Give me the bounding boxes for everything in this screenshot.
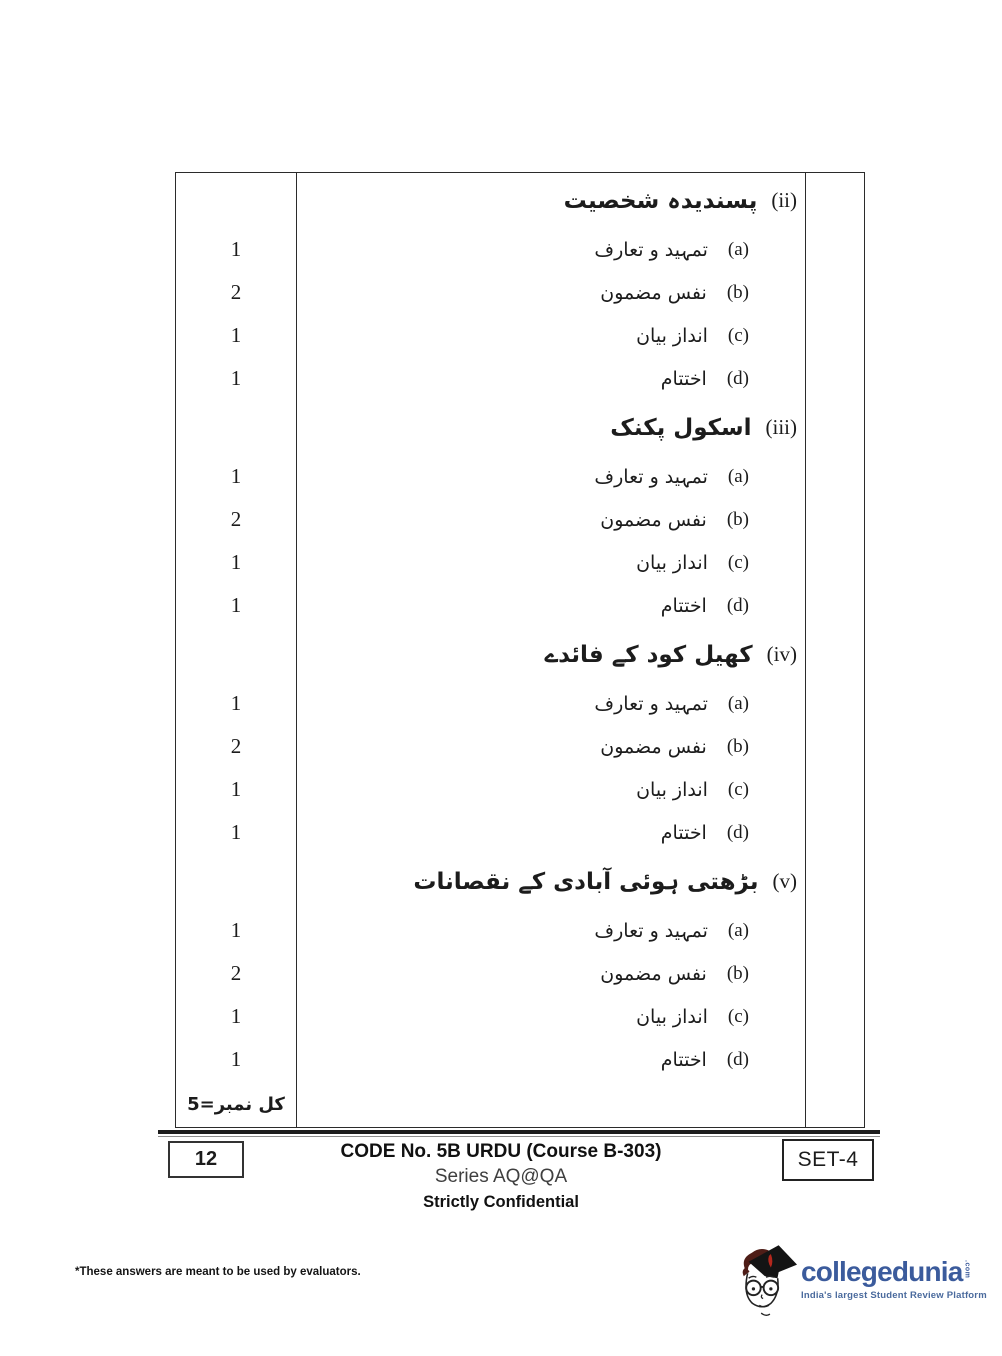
section-numeral: (ii) [771, 188, 797, 213]
content-cell: تمہید و تعارف(a) [297, 682, 805, 725]
content-cell: نفس مضمون(b) [297, 271, 805, 314]
code-line: CODE No. 5B URDU (Course B-303) [0, 1141, 1002, 1163]
marks-value: 1 [231, 550, 242, 575]
marks-cell: 1 [176, 584, 297, 627]
item-text: انداز بیان [636, 552, 708, 574]
item-text: اختتام [661, 822, 707, 844]
marks-cell: 1 [176, 314, 297, 357]
marks-cell: کل نمبر=5 [176, 1081, 297, 1127]
item-text: اختتام [661, 1049, 707, 1071]
section-heading: اسکول پکنک [610, 415, 751, 441]
content-cell: تمہید و تعارف(a) [297, 909, 805, 952]
content-cell: تمہید و تعارف(a) [297, 455, 805, 498]
item-label: (c) [728, 1006, 749, 1028]
content-cell: کھیل کود کے فائدے(iv) [297, 627, 805, 682]
marks-value: 1 [231, 820, 242, 845]
item-label: (c) [728, 552, 749, 574]
marks-cell [176, 627, 297, 682]
evaluator-footnote: *These answers are meant to be used by e… [75, 1266, 361, 1278]
item-label: (b) [727, 509, 749, 531]
content-cell: انداز بیان(c) [297, 995, 805, 1038]
spacer-cell [805, 725, 864, 768]
marks-value: 2 [231, 507, 242, 532]
marks-cell: 1 [176, 995, 297, 1038]
section-numeral: (iv) [767, 642, 797, 667]
item-text: نفس مضمون [600, 282, 707, 304]
marks-value: 2 [231, 280, 242, 305]
marks-cell: 1 [176, 768, 297, 811]
spacer-cell [805, 627, 864, 682]
content-cell: تمہید و تعارف(a) [297, 228, 805, 271]
content-cell: انداز بیان(c) [297, 314, 805, 357]
spacer-cell [805, 357, 864, 400]
marks-value: 1 [231, 777, 242, 802]
item-label: (b) [727, 736, 749, 758]
marks-cell: 1 [176, 682, 297, 725]
spacer-cell [805, 854, 864, 909]
spacer-cell [805, 498, 864, 541]
item-label: (d) [727, 822, 749, 844]
scanned-document-page: { "page": { "page_number": "12", "set_la… [0, 0, 1002, 1356]
item-label: (d) [727, 1049, 749, 1071]
marks-cell: 1 [176, 909, 297, 952]
section-heading: کھیل کود کے فائدے [545, 642, 753, 668]
marks-cell: 1 [176, 228, 297, 271]
marks-cell [176, 400, 297, 455]
content-cell: اسکول پکنک(iii) [297, 400, 805, 455]
item-label: (c) [728, 325, 749, 347]
item-label: (b) [727, 963, 749, 985]
spacer-cell [805, 228, 864, 271]
marks-value: 1 [231, 918, 242, 943]
item-label: (b) [727, 282, 749, 304]
spacer-cell [805, 271, 864, 314]
item-label: (a) [728, 920, 749, 942]
content-cell: پسندیدہ شخصیت(ii) [297, 173, 805, 228]
marking-table: پسندیدہ شخصیت(ii)1تمہید و تعارف(a)2نفس م… [175, 172, 865, 1128]
collegedunia-logo: collegedunia .com India's largest Studen… [736, 1242, 987, 1331]
page-divider-rule [158, 1130, 880, 1137]
marks-cell [176, 854, 297, 909]
marks-value: 1 [231, 464, 242, 489]
spacer-cell [805, 952, 864, 995]
student-mascot-icon [736, 1242, 798, 1331]
marks-cell: 2 [176, 498, 297, 541]
spacer-cell [805, 909, 864, 952]
content-cell: انداز بیان(c) [297, 768, 805, 811]
section-numeral: (v) [773, 869, 798, 894]
spacer-cell [805, 682, 864, 725]
marks-value: 2 [231, 734, 242, 759]
item-label: (a) [728, 693, 749, 715]
marks-cell: 1 [176, 455, 297, 498]
item-label: (a) [728, 239, 749, 261]
logo-text-block: collegedunia .com India's largest Studen… [801, 1258, 987, 1301]
marks-cell: 2 [176, 271, 297, 314]
marks-value: 1 [231, 366, 242, 391]
content-cell: نفس مضمون(b) [297, 498, 805, 541]
spacer-cell [805, 541, 864, 584]
spacer-cell [805, 400, 864, 455]
content-cell: نفس مضمون(b) [297, 725, 805, 768]
marks-value: 1 [231, 1004, 242, 1029]
item-text: تمہید و تعارف [594, 920, 707, 942]
confidential-line: Strictly Confidential [0, 1193, 1002, 1212]
content-cell: اختتام(d) [297, 584, 805, 627]
brand-wordmark: collegedunia [801, 1258, 963, 1286]
item-label: (d) [727, 595, 749, 617]
section-numeral: (iii) [766, 415, 798, 440]
marks-value: 1 [231, 237, 242, 262]
footer: CODE No. 5B URDU (Course B-303) Series A… [0, 1141, 1002, 1212]
spacer-cell [805, 768, 864, 811]
marks-cell: 1 [176, 1038, 297, 1081]
section-heading: بڑھتی ہوئی آبادی کے نقصانات [413, 869, 758, 895]
item-text: انداز بیان [636, 779, 708, 801]
item-text: انداز بیان [636, 1006, 708, 1028]
item-text: نفس مضمون [600, 963, 707, 985]
content-cell: اختتام(d) [297, 357, 805, 400]
total-marks-label: کل نمبر=5 [187, 1094, 285, 1115]
item-text: تمہید و تعارف [594, 693, 707, 715]
marks-value: 1 [231, 1047, 242, 1072]
marks-cell: 2 [176, 952, 297, 995]
section-heading: پسندیدہ شخصیت [564, 188, 758, 214]
item-text: اختتام [661, 368, 707, 390]
item-text: اختتام [661, 595, 707, 617]
item-label: (c) [728, 779, 749, 801]
spacer-cell [805, 314, 864, 357]
series-line: Series AQ@QA [0, 1166, 1002, 1188]
item-label: (a) [728, 466, 749, 488]
content-cell: انداز بیان(c) [297, 541, 805, 584]
item-text: نفس مضمون [600, 509, 707, 531]
brand-domain: .com [964, 1260, 971, 1278]
item-text: انداز بیان [636, 325, 708, 347]
item-text: تمہید و تعارف [594, 466, 707, 488]
item-text: نفس مضمون [600, 736, 707, 758]
content-cell [297, 1081, 805, 1127]
spacer-cell [805, 1038, 864, 1081]
content-cell: نفس مضمون(b) [297, 952, 805, 995]
item-label: (d) [727, 368, 749, 390]
marks-cell: 1 [176, 811, 297, 854]
marks-cell: 1 [176, 541, 297, 584]
item-text: تمہید و تعارف [594, 239, 707, 261]
content-cell: اختتام(d) [297, 1038, 805, 1081]
marks-cell [176, 173, 297, 228]
content-cell: اختتام(d) [297, 811, 805, 854]
spacer-cell [805, 811, 864, 854]
spacer-cell [805, 995, 864, 1038]
spacer-cell [805, 1081, 864, 1127]
marks-value: 1 [231, 691, 242, 716]
spacer-cell [805, 584, 864, 627]
marks-value: 2 [231, 961, 242, 986]
marks-value: 1 [231, 323, 242, 348]
content-cell: بڑھتی ہوئی آبادی کے نقصانات(v) [297, 854, 805, 909]
marks-cell: 2 [176, 725, 297, 768]
marks-value: 1 [231, 593, 242, 618]
spacer-cell [805, 455, 864, 498]
spacer-cell [805, 173, 864, 228]
brand-tagline: India's largest Student Review Platform [801, 1290, 987, 1301]
marks-cell: 1 [176, 357, 297, 400]
